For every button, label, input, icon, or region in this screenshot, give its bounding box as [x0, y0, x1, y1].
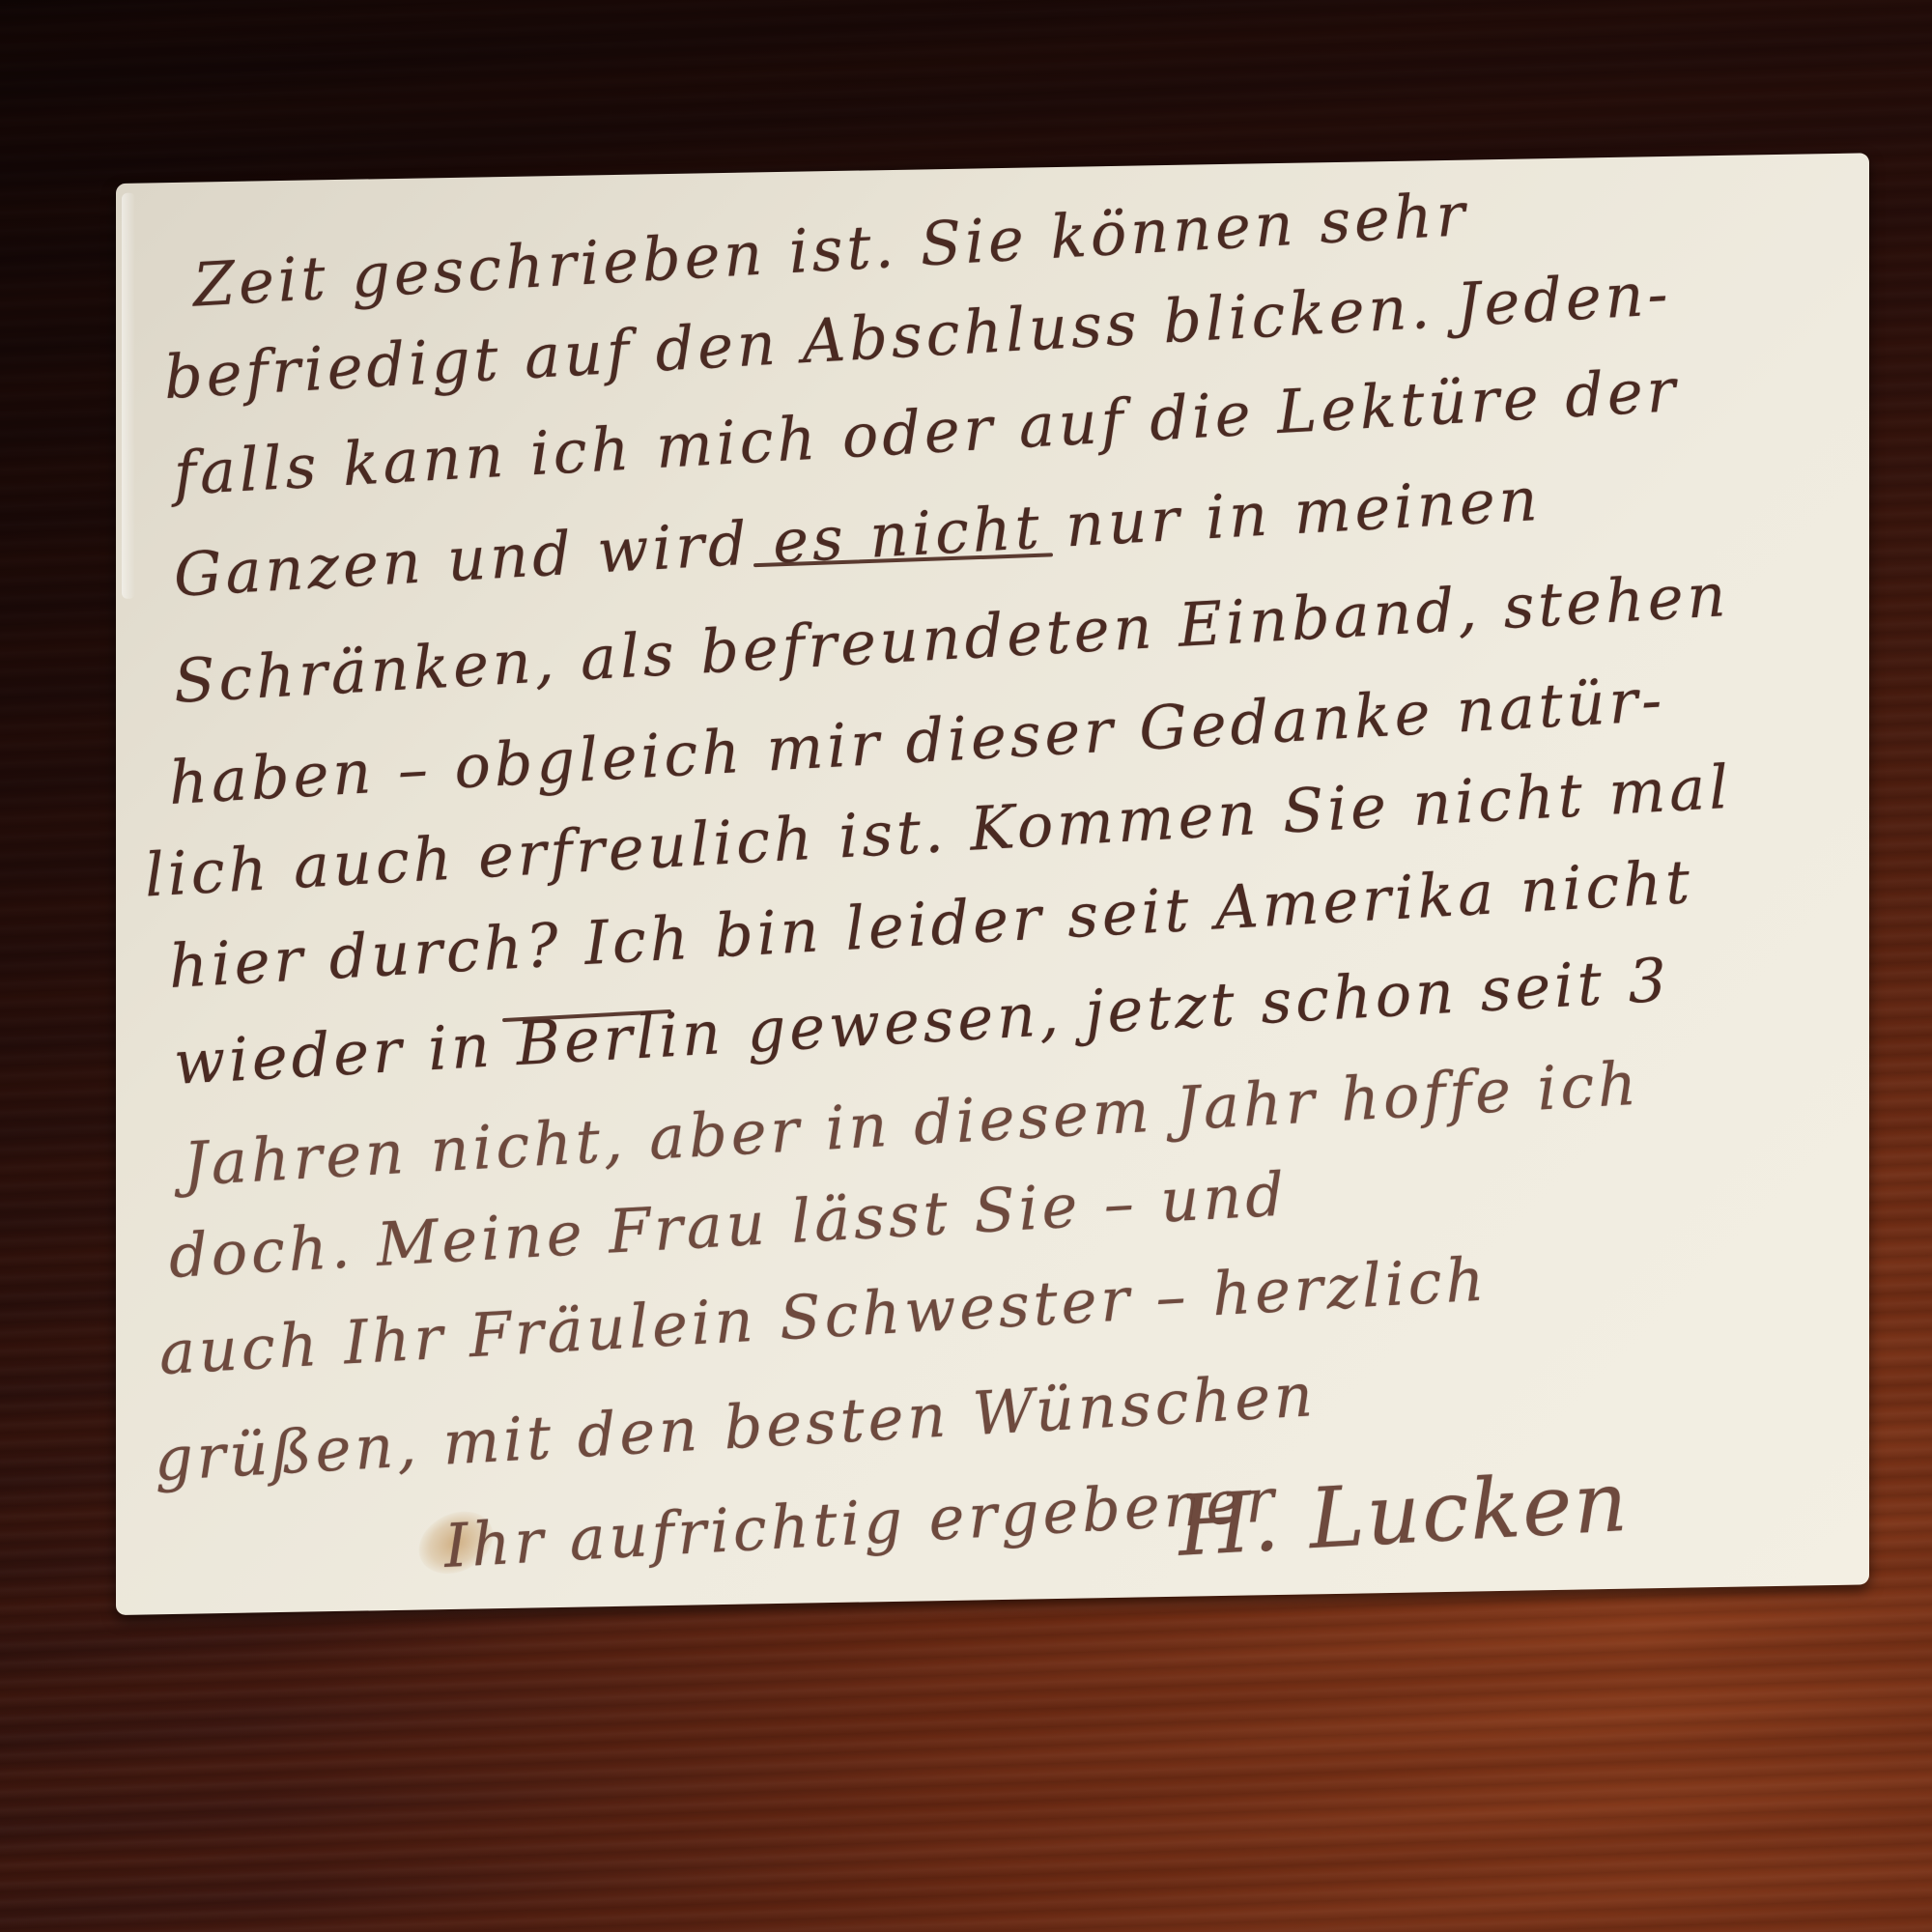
- letter-body: Zeit geschrieben ist. Sie können sehr be…: [145, 192, 1840, 222]
- letter-closing: Ihr aufrichtig ergebener: [443, 1464, 1279, 1581]
- letter-card: Zeit geschrieben ist. Sie können sehr be…: [116, 153, 1869, 1615]
